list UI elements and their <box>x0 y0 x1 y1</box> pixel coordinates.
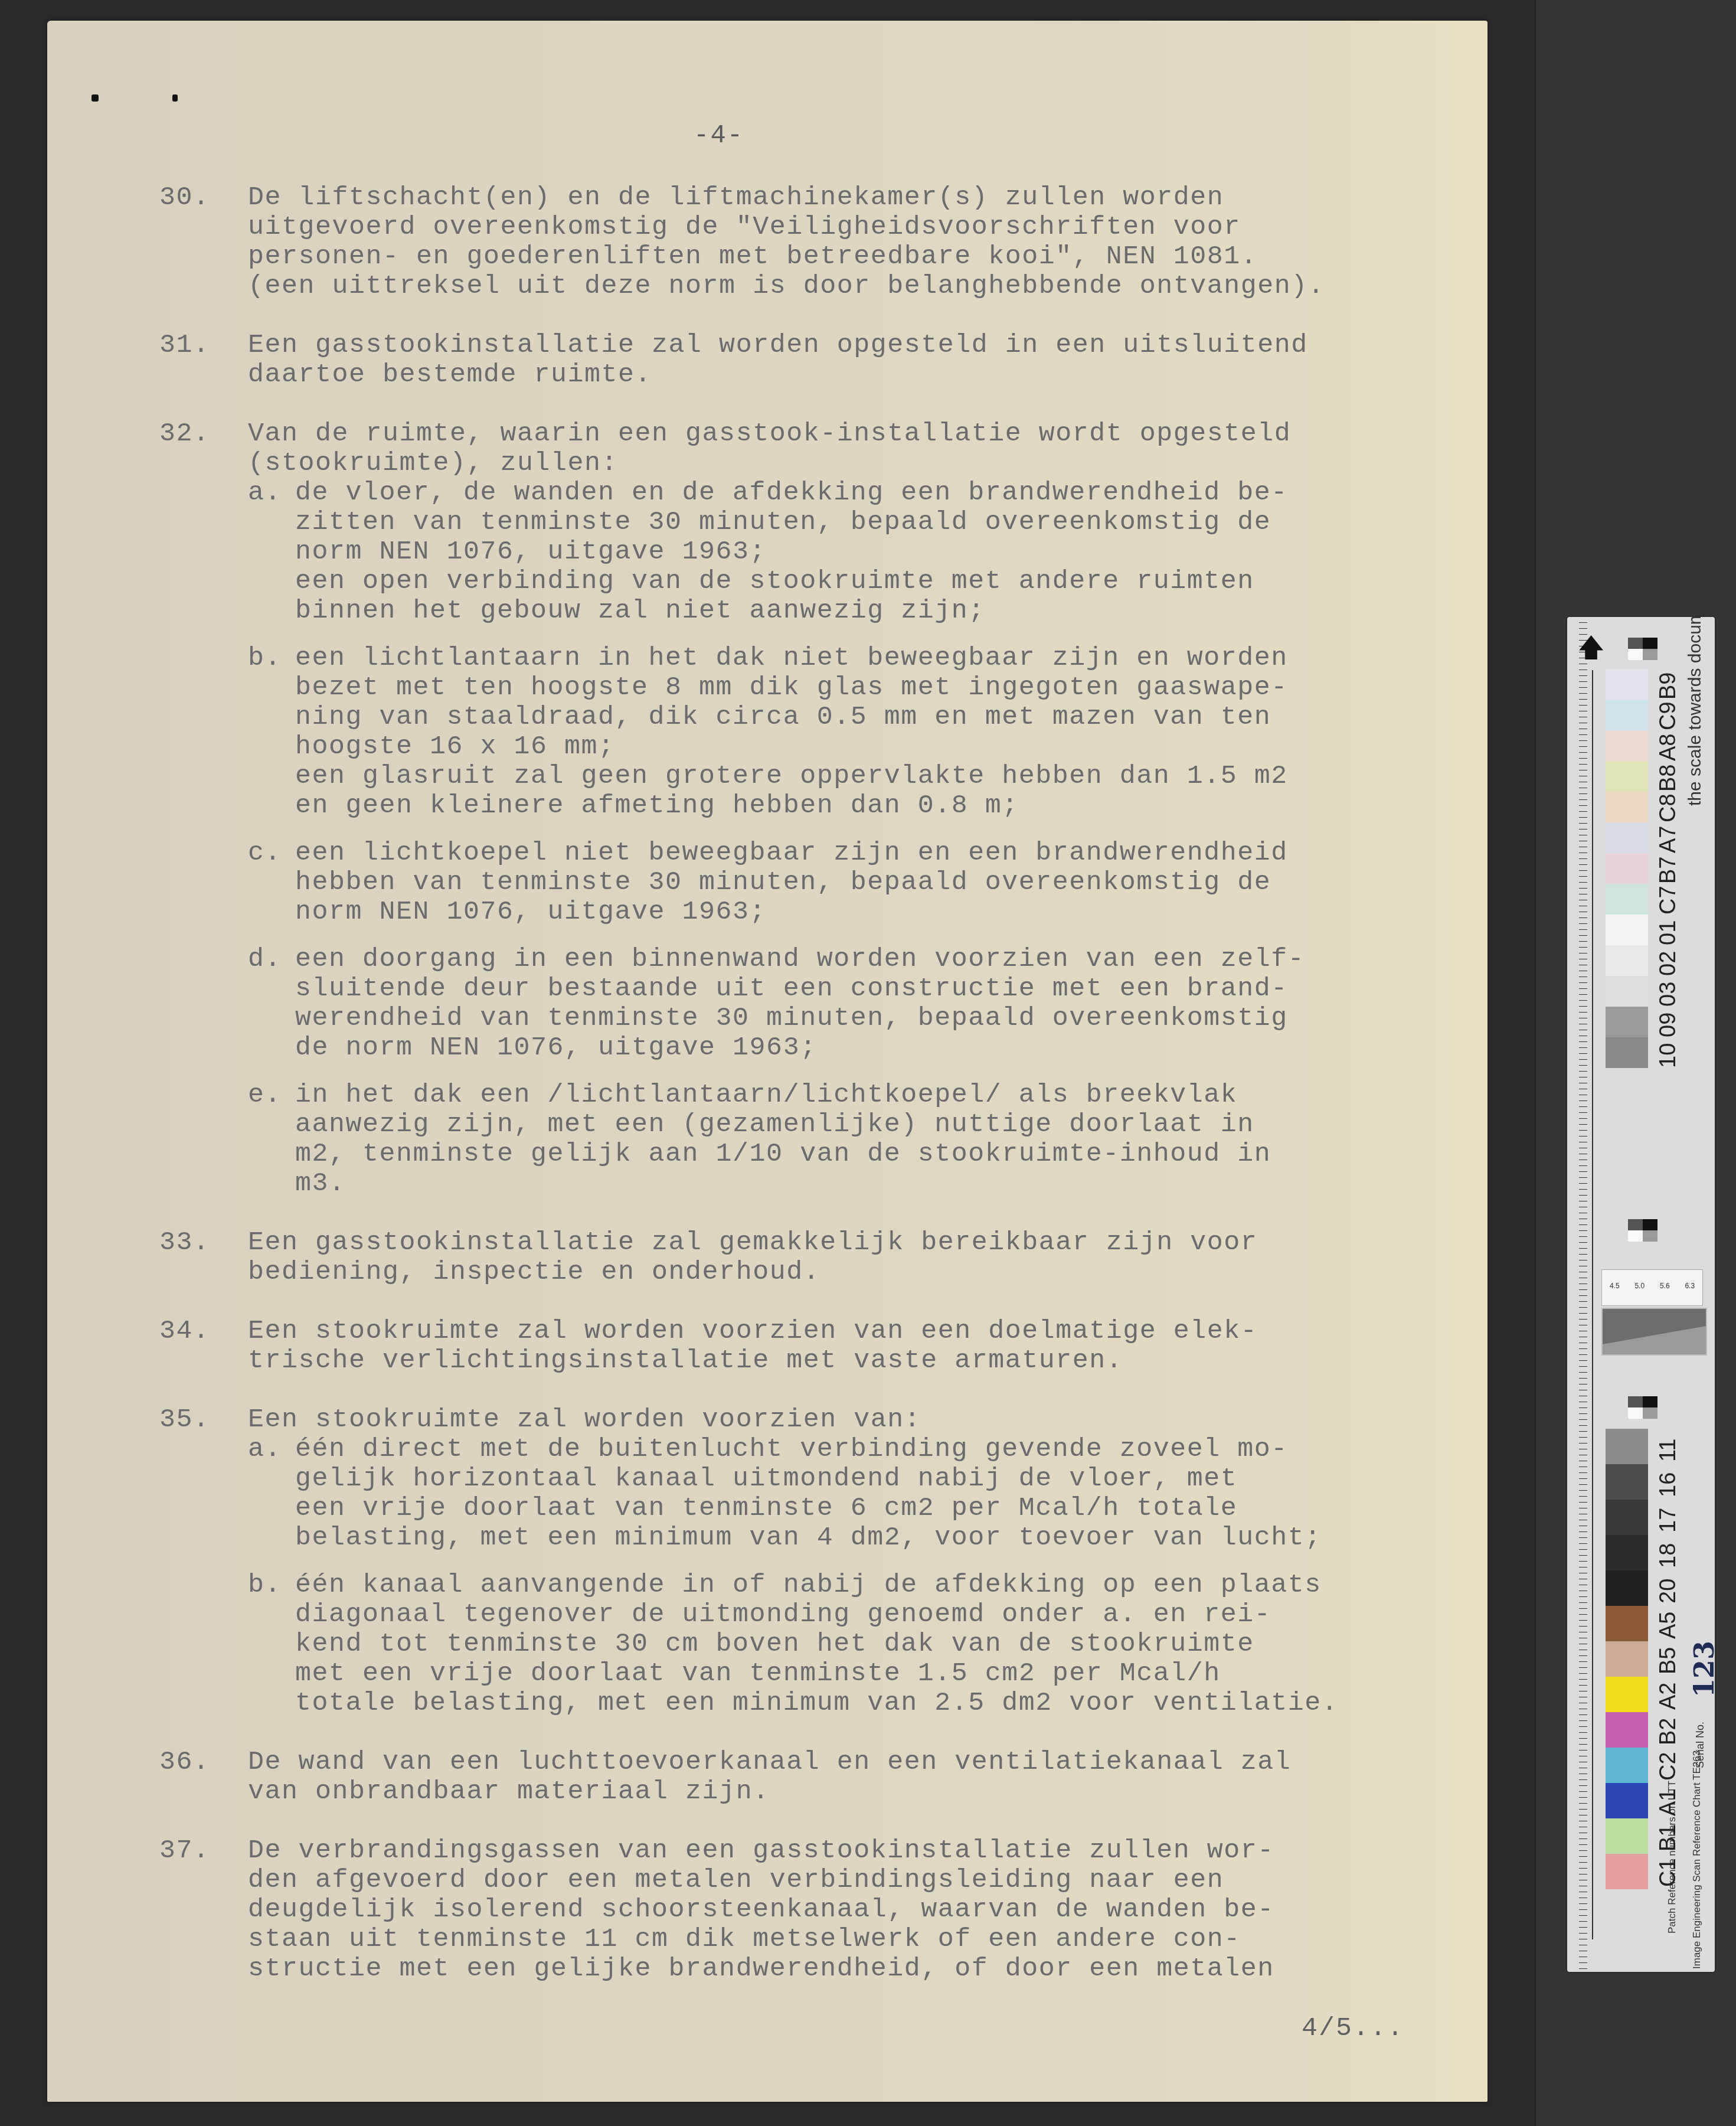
clause: 33.Een gasstookinstallatie zal gemakkeli… <box>248 1228 1487 1287</box>
clause-number: 32. <box>159 419 224 449</box>
patch-label: C8 <box>1656 793 1681 822</box>
color-patch <box>1606 915 1648 945</box>
text-line: De wand van een luchttoevoerkanaal en ee… <box>248 1748 1487 1777</box>
chart-name: Image Engineering Scan Reference Chart T… <box>1691 1751 1703 1969</box>
patch-label: B9 <box>1656 672 1681 700</box>
resolution-mark: 4.5 <box>1610 1282 1620 1290</box>
patch-label: 10 <box>1656 1043 1681 1068</box>
sub-clause: c.een lichtkoepel niet beweegbaar zijn e… <box>295 838 1487 927</box>
sub-clause-letter: a. <box>248 478 282 508</box>
resolution-target: 4.55.05.66.3 <box>1601 1269 1703 1306</box>
resolution-mark: 5.0 <box>1634 1282 1645 1290</box>
sub-clause-letter: e. <box>248 1080 282 1110</box>
text-line: binnen het gebouw zal niet aanwezig zijn… <box>295 596 1487 626</box>
color-patch <box>1606 853 1648 884</box>
ruler-spine <box>1592 670 1593 1939</box>
color-patch <box>1606 1007 1648 1037</box>
patch-label: 09 <box>1656 1013 1681 1037</box>
color-patch <box>1606 1606 1648 1641</box>
text-line: een glasruit zal geen grotere oppervlakt… <box>295 762 1487 791</box>
text-line: deugdelijk isolerend schoorsteenkanaal, … <box>248 1895 1487 1925</box>
color-patch <box>1606 945 1648 976</box>
text-line: staan uit tenminste 11 cm dik metselwerk… <box>248 1925 1487 1954</box>
scale-instruction: the scale towards document <box>1685 585 1705 806</box>
color-patch <box>1606 1570 1648 1606</box>
text-line: bediening, inspectie en onderhoud. <box>248 1258 1487 1287</box>
clause-number: 31. <box>159 331 224 360</box>
text-line: één kanaal aanvangende in of nabij de af… <box>295 1570 1487 1600</box>
resolution-values: 4.55.05.66.3 <box>1602 1270 1702 1290</box>
text-line: belasting, met een minimum van 4 dm2, vo… <box>295 1523 1487 1553</box>
text-line: één direct met de buitenlucht verbinding… <box>295 1435 1487 1464</box>
clause-number: 30. <box>159 183 224 213</box>
color-patch <box>1606 1748 1648 1783</box>
text-line: een lichtkoepel niet beweegbaar zijn en … <box>295 838 1487 868</box>
text-line: zitten van tenminste 30 minuten, bepaald… <box>295 508 1487 537</box>
text-line: van onbrandbaar materiaal zijn. <box>248 1777 1487 1807</box>
sub-clause: a.de vloer, de wanden en de afdekking ee… <box>295 478 1487 626</box>
text-line: norm NEN 1076, uitgave 1963; <box>295 897 1487 927</box>
text-line: m3. <box>295 1169 1487 1198</box>
sub-clause: a.één direct met de buitenlucht verbindi… <box>295 1435 1487 1553</box>
text-line: Van de ruimte, waarin een gasstook-insta… <box>248 419 1487 449</box>
color-patch <box>1606 700 1648 730</box>
sub-clause: e.in het dak een /lichtlantaarn/lichtkoe… <box>295 1080 1487 1198</box>
patch-label: C9 <box>1656 701 1681 730</box>
scan-reference-chart: 🡅 the scale towards document 4.55.05.66.… <box>1567 617 1715 1972</box>
text-line: Een gasstookinstallatie zal worden opges… <box>248 331 1487 360</box>
patch-label: 01 <box>1656 920 1681 945</box>
punch-hole <box>172 94 178 102</box>
patch-label: B1 <box>1656 1824 1681 1851</box>
text-line: hoogste 16 x 16 mm; <box>295 732 1487 762</box>
text-line: met een vrije doorlaat van tenminste 1.5… <box>295 1659 1487 1689</box>
patch-label: A8 <box>1656 734 1681 761</box>
color-patch <box>1606 1854 1648 1889</box>
text-line: kend tot tenminste 30 cm boven het dak v… <box>295 1629 1487 1659</box>
document-body: 30.De liftschacht(en) en de liftmachinek… <box>248 183 1487 2013</box>
color-patch <box>1606 761 1648 792</box>
arrow-up-icon: 🡅 <box>1578 629 1604 673</box>
patch-label: 20 <box>1656 1579 1681 1604</box>
text-line: diagonaal tegenover de uitmonding genoem… <box>295 1600 1487 1629</box>
sub-clause: b.een lichtlantaarn in het dak niet bewe… <box>295 644 1487 821</box>
text-line: trische verlichtingsinstallatie met vast… <box>248 1346 1487 1376</box>
text-line: hebben van tenminste 30 minuten, bepaald… <box>295 868 1487 897</box>
page-number: -4- <box>694 121 744 151</box>
text-line: werendheid van tenminste 30 minuten, bep… <box>295 1004 1487 1033</box>
sub-clause-letter: b. <box>248 1570 282 1600</box>
patch-label: A2 <box>1656 1683 1681 1710</box>
text-line: totale belasting, met een minimum van 2.… <box>295 1689 1487 1718</box>
patch-label: C7 <box>1656 886 1681 915</box>
clause: 36.De wand van een luchttoevoerkanaal en… <box>248 1748 1487 1807</box>
color-patch <box>1606 1535 1648 1570</box>
patch-label: A5 <box>1656 1612 1681 1639</box>
color-patch <box>1606 792 1648 822</box>
color-patch <box>1606 1712 1648 1748</box>
resolution-mark: 5.6 <box>1660 1282 1670 1290</box>
text-line: (een uittreksel uit deze norm is door be… <box>248 272 1487 301</box>
color-patch <box>1606 1641 1648 1677</box>
sub-clause-letter: a. <box>248 1435 282 1464</box>
text-line: Een stookruimte zal worden voorzien van … <box>248 1317 1487 1346</box>
color-patch <box>1606 1037 1648 1068</box>
patch-label: B2 <box>1656 1718 1681 1745</box>
clause: 35.Een stookruimte zal worden voorzien v… <box>248 1405 1487 1718</box>
text-line: de vloer, de wanden en de afdekking een … <box>295 478 1487 508</box>
text-line: ning van staaldraad, dik circa 0.5 mm en… <box>295 703 1487 732</box>
continuation-mark: 4/5... <box>1302 2013 1404 2043</box>
patch-label: 03 <box>1656 982 1681 1007</box>
text-line: m2, tenminste gelijk aan 1/10 van de sto… <box>295 1139 1487 1169</box>
sub-clause: d.een doorgang in een binnenwand worden … <box>295 945 1487 1063</box>
patch-label: 17 <box>1656 1508 1681 1533</box>
resolution-mark: 6.3 <box>1685 1282 1695 1290</box>
text-line: den afgevoerd door een metalen verbindin… <box>248 1866 1487 1895</box>
text-line: een vrije doorlaat van tenminste 6 cm2 p… <box>295 1494 1487 1523</box>
clause: 37.De verbrandingsgassen van een gasstoo… <box>248 1836 1487 1984</box>
text-line: personen- en goederenliften met betreedb… <box>248 242 1487 272</box>
color-patch <box>1606 1783 1648 1818</box>
color-patch <box>1606 884 1648 915</box>
text-line: sluitende deur bestaande uit een constru… <box>295 974 1487 1004</box>
punch-hole <box>91 94 99 102</box>
patch-label: C2 <box>1656 1752 1681 1781</box>
text-line: bezet met ten hoogste 8 mm dik glas met … <box>295 673 1487 703</box>
text-line: Een stookruimte zal worden voorzien van: <box>248 1405 1487 1435</box>
sub-clause-letter: d. <box>248 945 282 974</box>
text-line: gelijk horizontaal kanaal uitmondend nab… <box>295 1464 1487 1494</box>
clause: 31.Een gasstookinstallatie zal worden op… <box>248 331 1487 390</box>
text-line: structie met een gelijke brandwerendheid… <box>248 1954 1487 1984</box>
text-line: De liftschacht(en) en de liftmachinekame… <box>248 183 1487 213</box>
color-patch <box>1606 730 1648 761</box>
text-line: norm NEN 1076, uitgave 1963; <box>295 537 1487 567</box>
grey-card <box>1601 1308 1707 1356</box>
color-patch <box>1606 976 1648 1007</box>
text-line: aanwezig zijn, met een (gezamenlijke) nu… <box>295 1110 1487 1139</box>
clause: 30.De liftschacht(en) en de liftmachinek… <box>248 183 1487 301</box>
clause-number: 34. <box>159 1317 224 1346</box>
text-line: een lichtlantaarn in het dak niet beweeg… <box>295 644 1487 673</box>
color-patch <box>1606 669 1648 700</box>
clause: 34.Een stookruimte zal worden voorzien v… <box>248 1317 1487 1376</box>
text-line: daartoe bestemde ruimte. <box>248 360 1487 390</box>
patch-label: B8 <box>1656 765 1681 792</box>
text-line: een open verbinding van de stookruimte m… <box>295 567 1487 596</box>
color-patch <box>1606 1500 1648 1535</box>
clause-number: 33. <box>159 1228 224 1258</box>
color-patch <box>1606 1464 1648 1500</box>
clause-number: 37. <box>159 1836 224 1866</box>
text-line: en geen kleinere afmeting hebben dan 0.8… <box>295 791 1487 821</box>
patch-label: 11 <box>1656 1439 1681 1462</box>
sub-clause: b.één kanaal aanvangende in of nabij de … <box>295 1570 1487 1718</box>
text-line: de norm NEN 1076, uitgave 1963; <box>295 1033 1487 1063</box>
patch-label: 18 <box>1656 1543 1681 1568</box>
serial-label: Serial No. <box>1694 1722 1706 1768</box>
patch-label: A1 <box>1656 1789 1681 1816</box>
text-line: (stookruimte), zullen: <box>248 449 1487 478</box>
patch-label: 02 <box>1656 951 1681 976</box>
checker-target <box>1628 1219 1657 1242</box>
patch-label: C1 <box>1656 1858 1681 1887</box>
color-patch <box>1606 1818 1648 1854</box>
text-line: De verbrandingsgassen van een gasstookin… <box>248 1836 1487 1866</box>
sub-clause-letter: c. <box>248 838 282 868</box>
text-line: een doorgang in een binnenwand worden vo… <box>295 945 1487 974</box>
patch-label: B5 <box>1656 1647 1681 1674</box>
sub-clause-letter: b. <box>248 644 282 673</box>
text-line: uitgevoerd overeenkomstig de "Veiligheid… <box>248 213 1487 242</box>
color-patch <box>1606 822 1648 853</box>
clause-number: 35. <box>159 1405 224 1435</box>
clause-number: 36. <box>159 1748 224 1777</box>
handwritten-serial: 123 <box>1688 1641 1720 1697</box>
clause: 32.Van de ruimte, waarin een gasstook-in… <box>248 419 1487 1198</box>
patch-label: B7 <box>1656 857 1681 884</box>
text-line: Een gasstookinstallatie zal gemakkelijk … <box>248 1228 1487 1258</box>
color-patch <box>1606 1429 1648 1464</box>
patch-label: A7 <box>1656 826 1681 853</box>
text-line: in het dak een /lichtlantaarn/lichtkoepe… <box>295 1080 1487 1110</box>
patch-label: 16 <box>1656 1472 1681 1497</box>
color-patch <box>1606 1677 1648 1712</box>
checker-target <box>1628 1396 1657 1419</box>
checker-target <box>1628 638 1657 660</box>
ruler <box>1579 617 1597 1972</box>
